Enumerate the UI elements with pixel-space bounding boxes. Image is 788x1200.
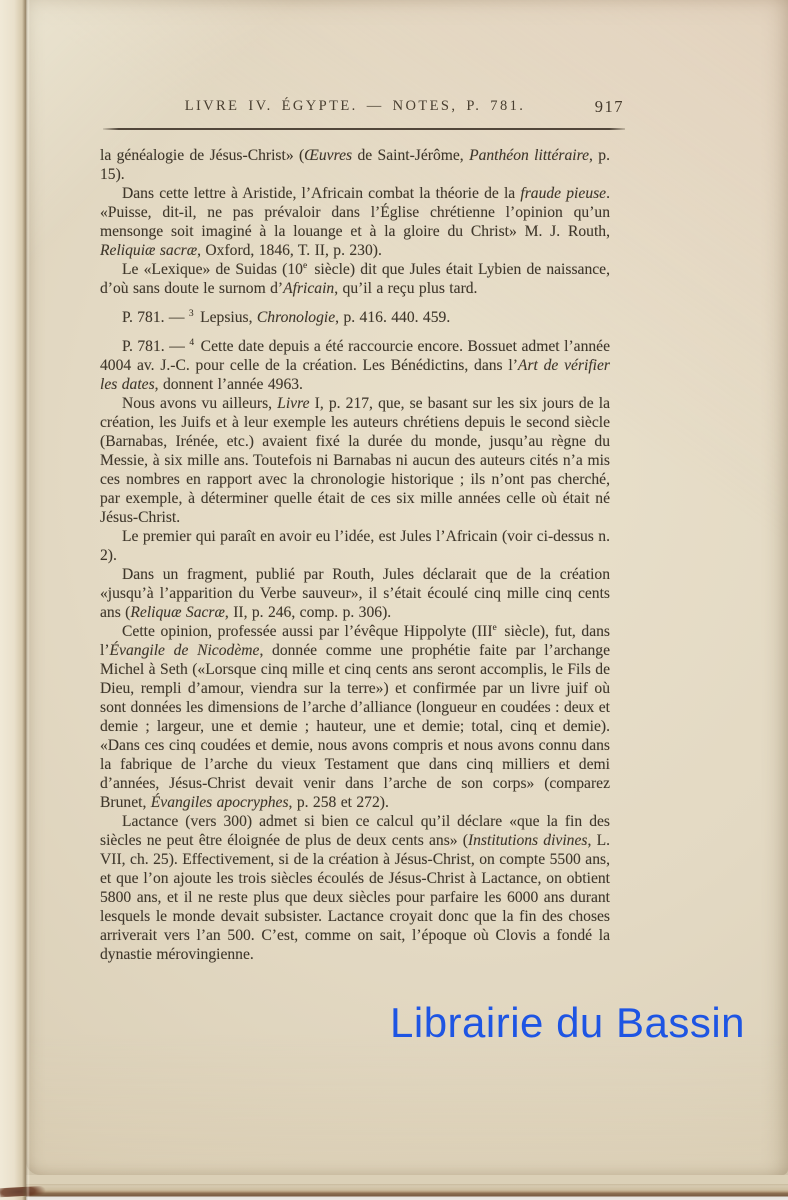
paragraph: P. 781. — 3 Lepsius, Chronologie, p. 416… (100, 308, 610, 327)
paragraph: Dans cette lettre à Aristide, l’Africain… (100, 184, 610, 260)
page-number: 917 (595, 97, 624, 117)
header-rule (103, 128, 625, 130)
book-photo: LIVRE IV. ÉGYPTE. — NOTES, P. 781. 917 l… (0, 0, 788, 1200)
paragraph: la généalogie de Jésus-Christ» (Œuvres d… (100, 146, 610, 184)
book-page: LIVRE IV. ÉGYPTE. — NOTES, P. 781. 917 l… (26, 0, 788, 1175)
paragraph: Lactance (vers 300) admet si bien ce cal… (100, 812, 610, 964)
bookseller-watermark: Librairie du Bassin (390, 999, 745, 1047)
paragraph: Nous avons vu ailleurs, Livre I, p. 217,… (100, 394, 610, 527)
paragraph: Le premier qui paraît en avoir eu l’idée… (100, 527, 610, 565)
page-text: la généalogie de Jésus-Christ» (Œuvres d… (100, 146, 610, 964)
page-bottom-edges (26, 1175, 788, 1200)
paragraph: Cette opinion, professée aussi par l’évê… (100, 622, 610, 812)
running-title: LIVRE IV. ÉGYPTE. — NOTES, P. 781. (185, 98, 526, 114)
paragraph: Dans un fragment, publié par Routh, Jule… (100, 565, 610, 622)
page-crease (22, 0, 30, 1200)
running-header: LIVRE IV. ÉGYPTE. — NOTES, P. 781. 917 (100, 97, 610, 119)
sheet-content: LIVRE IV. ÉGYPTE. — NOTES, P. 781. 917 l… (100, 97, 610, 964)
paragraph: P. 781. — 4 Cette date depuis a été racc… (100, 337, 610, 394)
paragraph: Le «Lexique» de Suidas (10e siècle) dit … (100, 260, 610, 298)
